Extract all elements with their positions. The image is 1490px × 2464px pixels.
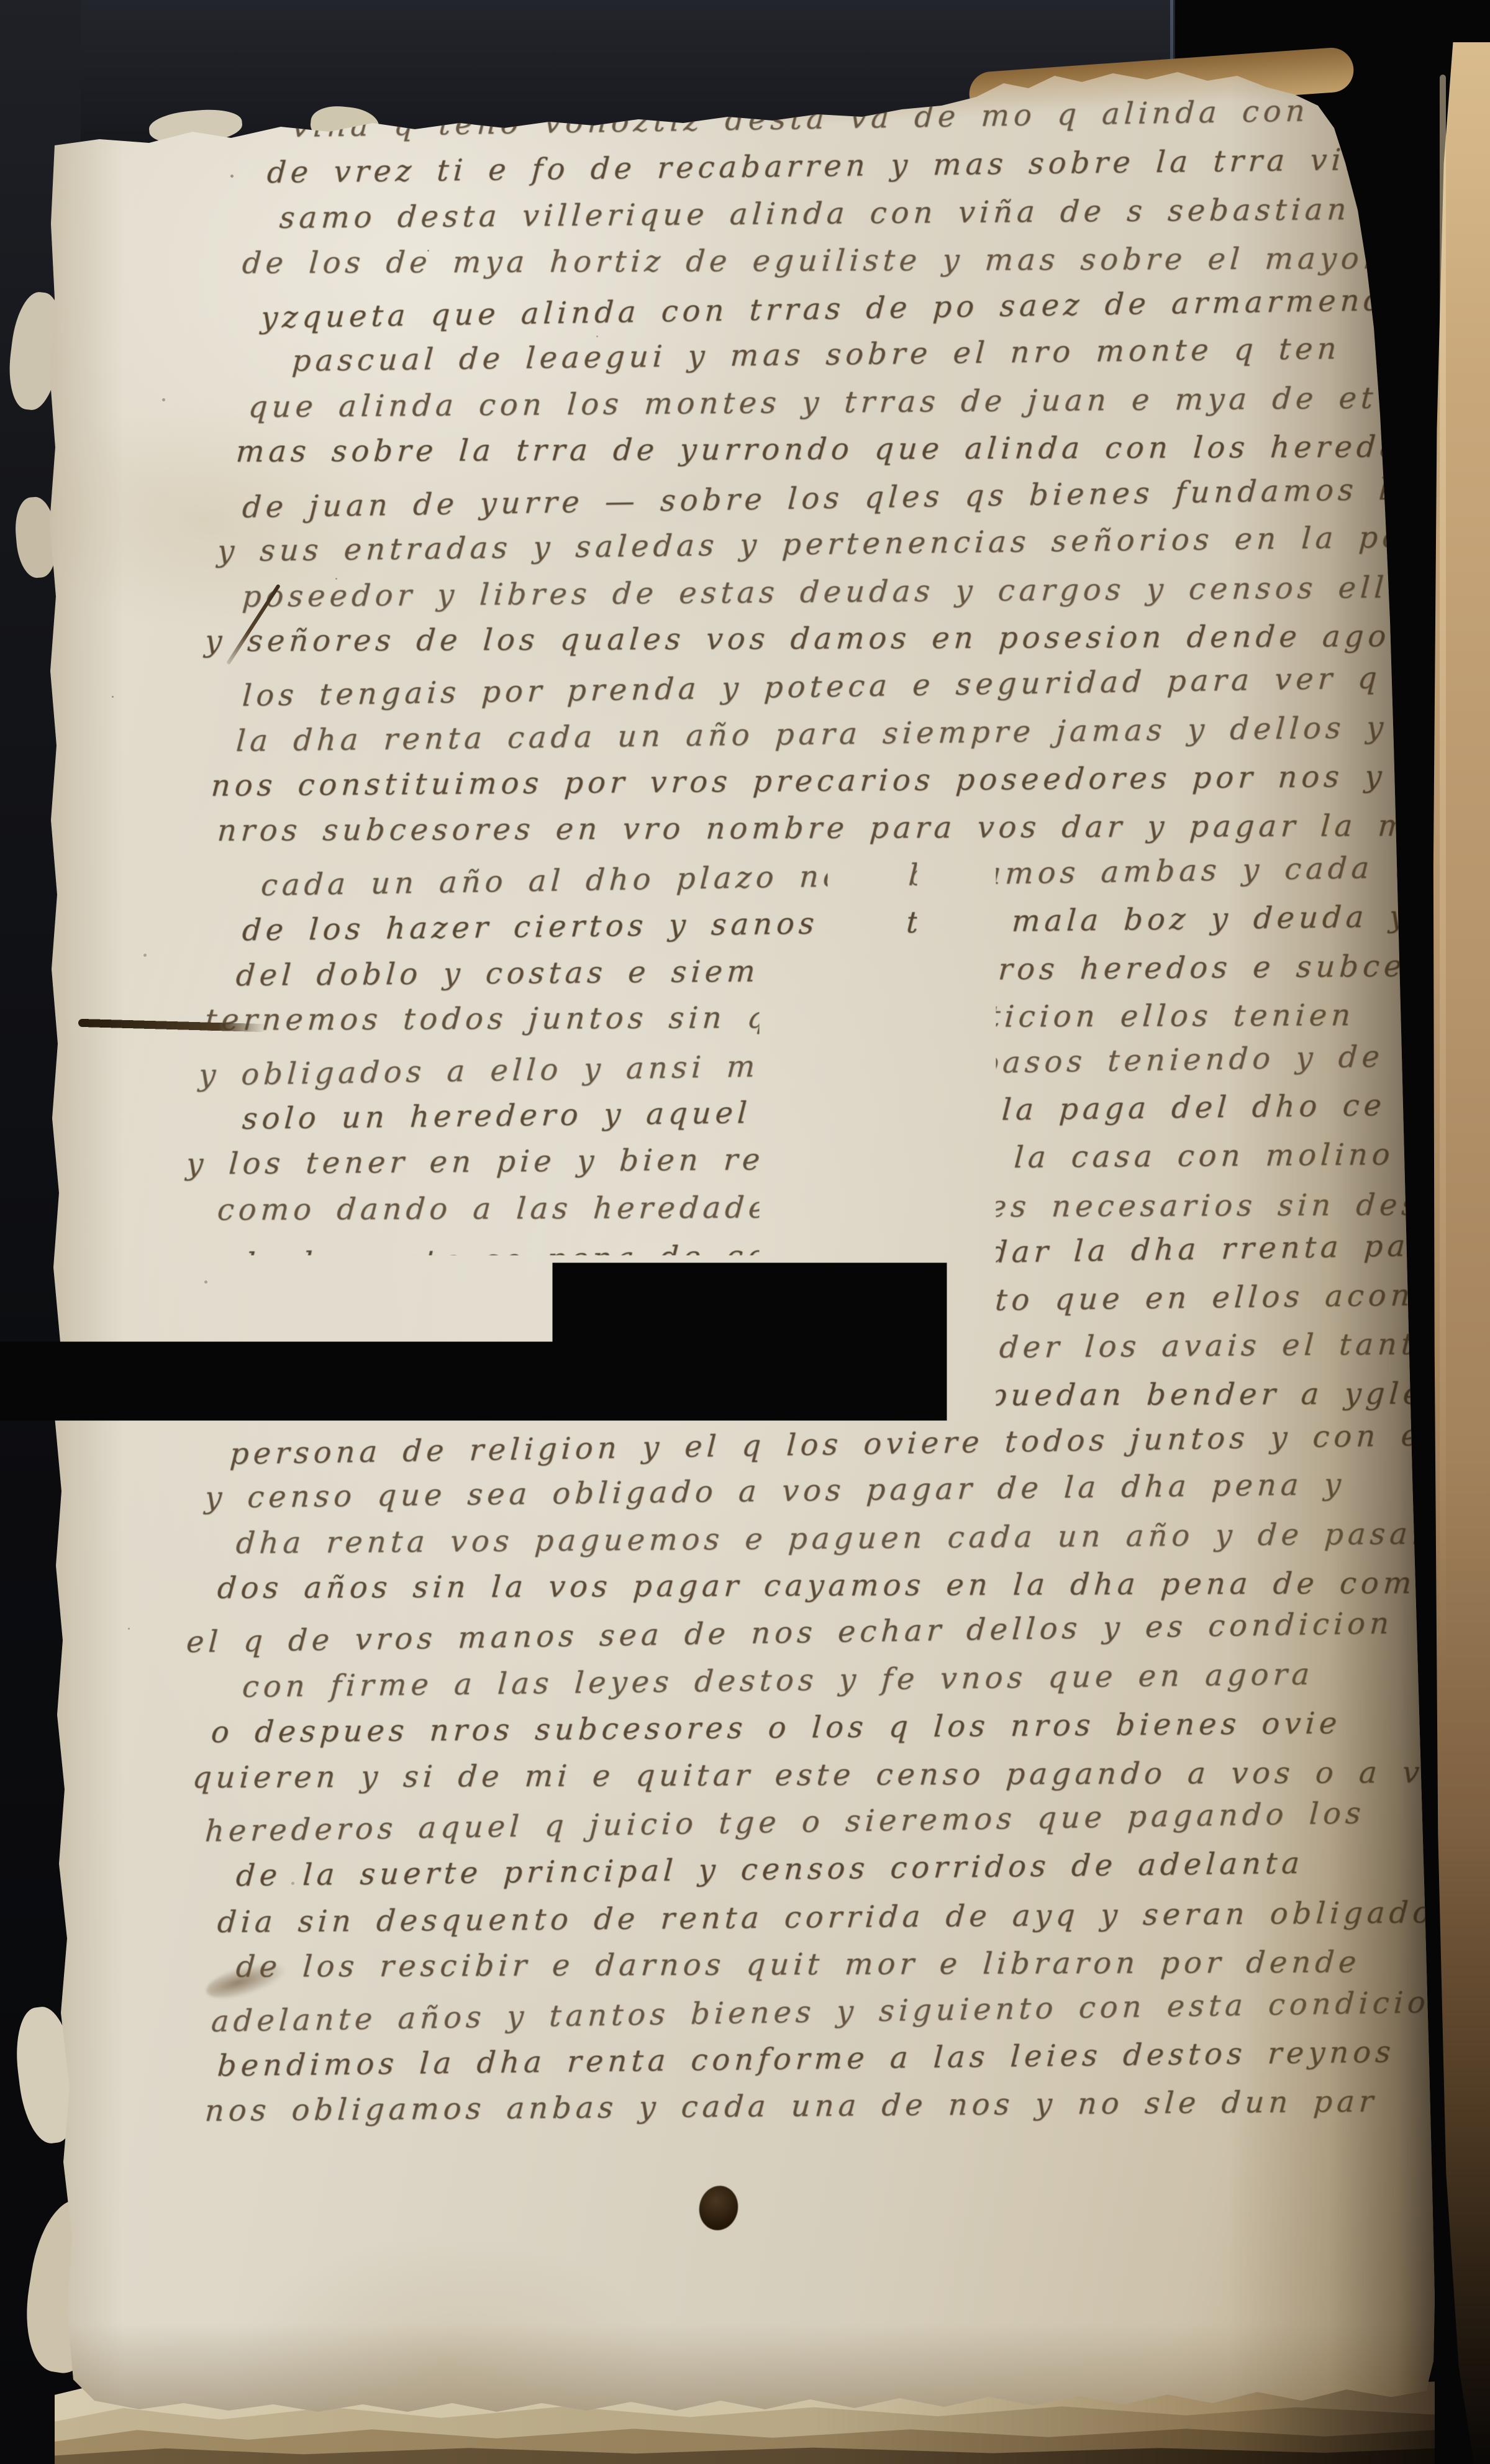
manuscript-line: sin embargo de qualquier caso fortuito q… [241,1277,1490,1326]
manuscript-line: cada un año al dho plazo nos obligamos a… [260,848,1490,903]
manuscript-line: de los rescibir e darnos quit mor e libr… [235,1945,1361,1984]
manuscript-line: persona de religion y el q los oviere to… [229,1416,1490,1471]
adjacent-page-highlight [1440,75,1446,1690]
manuscript-line: bendimos la dha renta conforme a las lei… [216,2035,1396,2084]
manuscript-line: nos obligamos anbas y cada una de nos y … [204,2084,1378,2129]
manuscript-line: y los tener en pie y bien reparados asi … [185,1138,1395,1182]
manuscript-line: como dando a las heredades los labores n… [216,1187,1490,1227]
manuscript-line: mas sobre la trra de yurrondo que alinda… [235,429,1427,469]
manuscript-line: del doblo y costas e siempre nos e nros … [235,947,1490,992]
manuscript-line: los tengais por prenda y poteca e seguri… [242,659,1490,713]
manuscript-line: de la renta so pena de comiso y de dar l… [235,1227,1490,1282]
manuscript-line: y señores de los quales vos damos en pos… [204,619,1432,659]
manuscript-line: samo desta villerique alinda con viña de… [278,190,1490,236]
manuscript-line: poseedor y libres de estas deudas y carg… [241,569,1490,614]
manuscript-line: herederos aquel q juicio tge o sieremos … [204,1796,1366,1848]
manuscript-line: dos años sin la vos pagar cayamos en la … [216,1566,1473,1605]
manuscript-line: dia sin desquento de renta corrida de ay… [216,1895,1455,1940]
manuscript-line: de los hazer ciertos y sanos de toda mal… [241,898,1490,948]
text-block: viña q teño vonoztiz desta va de mo q al… [0,0,1490,2464]
manuscript-line: adelante años y tantos bienes y siguient… [211,1984,1455,2038]
manuscript-line: nos constituimos por vros precarios pose… [210,759,1432,803]
manuscript-line: por tanto e no los queriendo no se pueda… [247,1376,1446,1416]
manuscript-line: que alinda con los montes y trras de jua… [247,380,1490,424]
manuscript-line: dha renta vos paguemos e paguen cada un … [235,1516,1477,1561]
manuscript-line: con firme a las leyes destos y fe vnos q… [241,1656,1314,1704]
manuscript-line: o despues nros subcesores o los q los nr… [210,1705,1342,1750]
manuscript-page: viña q teño vonoztiz desta va de mo q al… [0,0,1490,2464]
manuscript-line: de vrez ti e fo de recabarren y mas sobr… [266,140,1490,190]
manuscript-line: yzqueta que alinda con trras de po saez … [260,280,1490,335]
manuscript-line: y obligados a ello y ansi mismo unos pas… [198,1037,1490,1092]
manuscript-photo: viña q teño vonoztiz desta va de mo q al… [0,0,1490,2464]
manuscript-line: sola dha pena e si se ovieren de bender … [235,1326,1441,1371]
manuscript-line: el q de vros manos sea de nos echar dell… [186,1606,1394,1660]
manuscript-line: de juan de yurre — sobre los qles qs bie… [242,469,1490,525]
manuscript-line: y censo que sea obligado a vos pagar de … [204,1467,1346,1515]
manuscript-line: ternemos todos juntos sin que aya partic… [204,998,1356,1038]
manuscript-line: quieren y si de mi e quitar este censo p… [191,1755,1466,1796]
manuscript-line: solo un heredero y aquel obligado a la p… [241,1088,1386,1136]
manuscript-line: nros subcesores en vro nombre para vos d… [216,808,1412,848]
manuscript-line: de la suerte principal y censos corridos… [235,1846,1304,1893]
manuscript-line: la dha renta cada un año para siempre ja… [235,709,1481,759]
manuscript-line: de los de mya hortiz de eguiliste y mas … [241,240,1490,280]
manuscript-line: pascual de leaegui y mas sobre el nro mo… [291,331,1342,378]
manuscript-line: y sus entradas y saledas y pertenencias … [216,519,1405,568]
